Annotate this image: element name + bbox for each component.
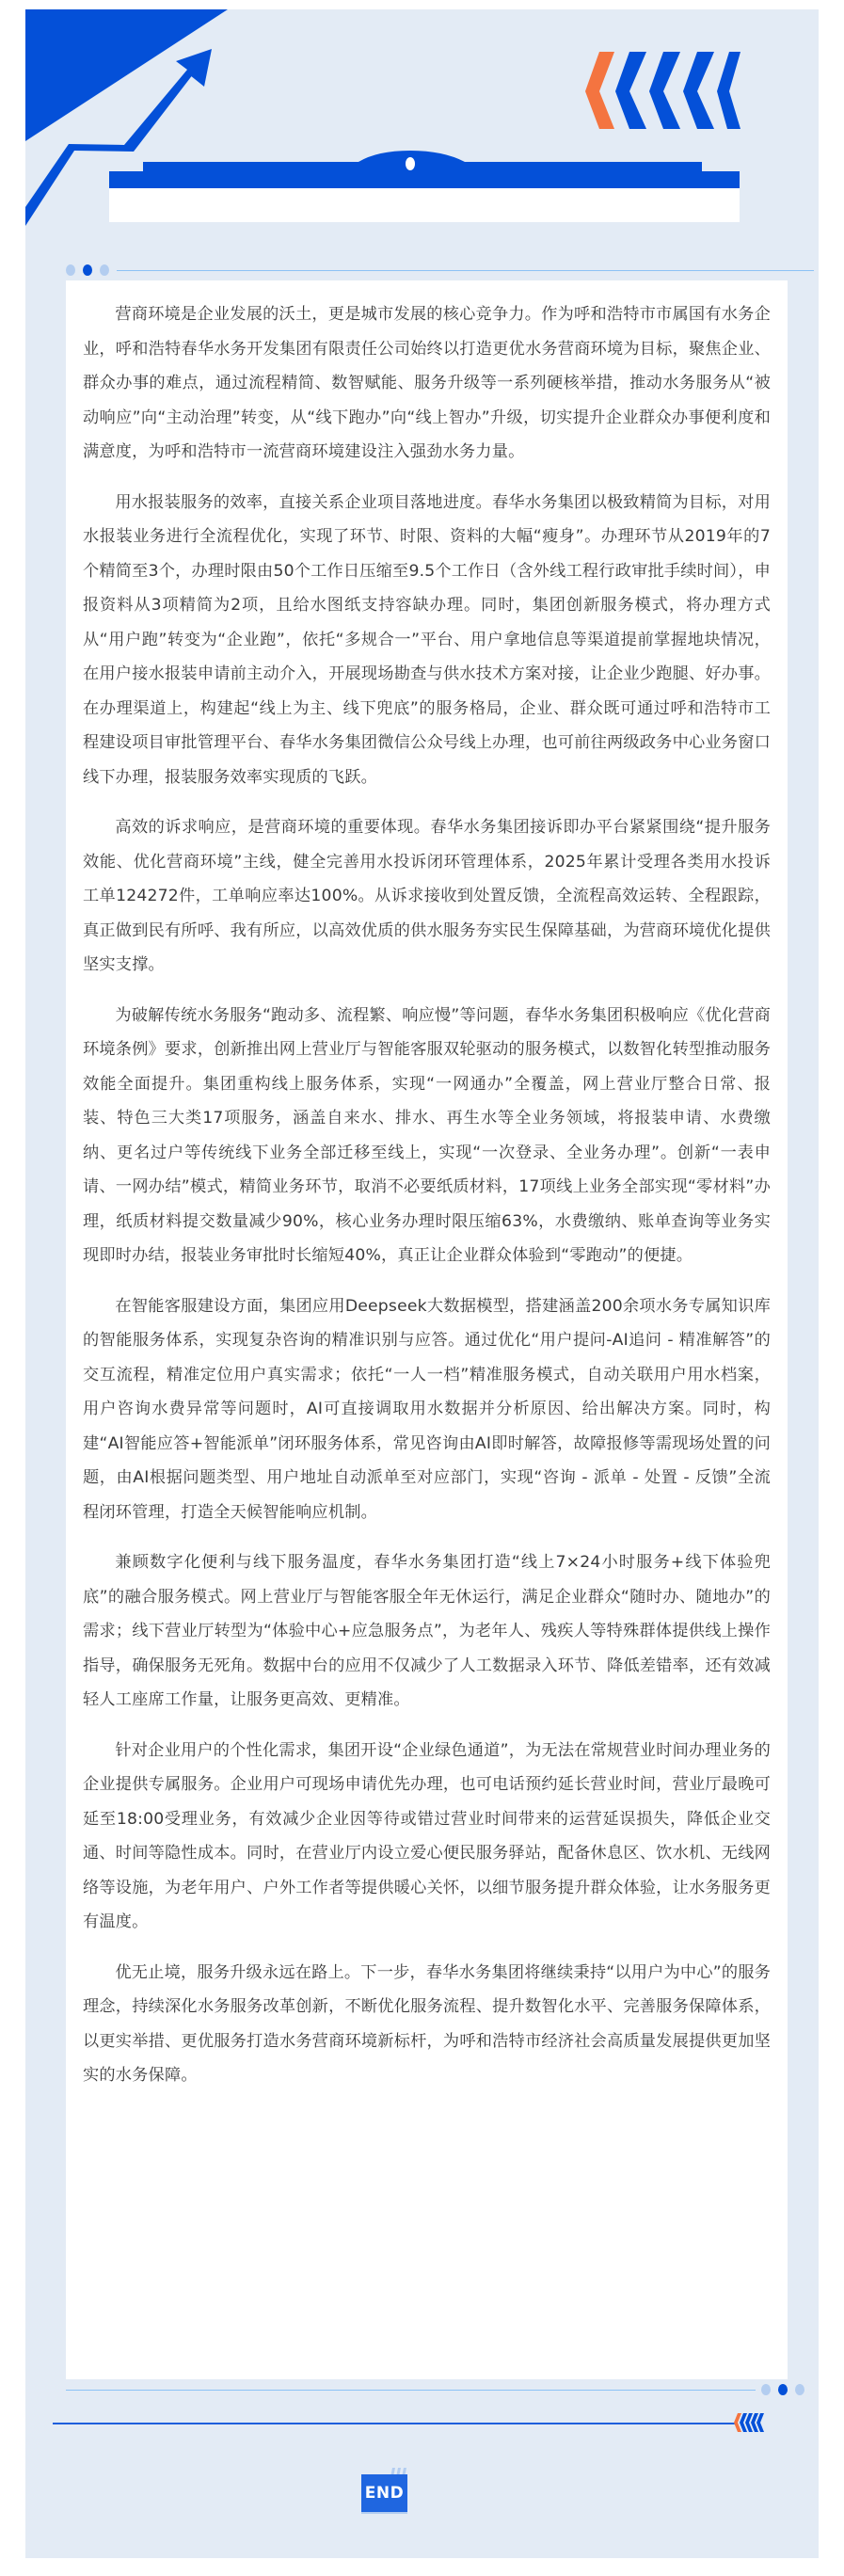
end-badge: END xyxy=(361,2474,407,2512)
top-divider xyxy=(66,264,814,276)
dot-active-icon xyxy=(778,2384,788,2395)
paragraph: 为破解传统水务服务“跑动多、流程繁、响应慢”等问题，春华水务集团积极响应《优化营… xyxy=(83,999,771,1273)
article-card: 营商环境是企业发展的沃土，更是城市发展的核心竞争力。作为呼和浩特市市属国有水务企… xyxy=(66,280,788,2379)
divider-line xyxy=(117,270,814,271)
dot-active-icon xyxy=(83,264,92,276)
paragraph: 用水报装服务的效率，直接关系企业项目落地进度。春华水务集团以极致精简为目标，对用… xyxy=(83,486,771,795)
article-panel: 营商环境是企业发展的沃土，更是城市发展的核心竞争力。作为呼和浩特市市属国有水务企… xyxy=(25,9,819,2558)
banner-white-strip xyxy=(109,188,740,222)
dot-icon xyxy=(761,2384,771,2395)
paragraph: 在智能客服建设方面，集团应用Deepseek大数据模型，搭建涵盖200余项水务专… xyxy=(83,1289,771,1530)
footer-rule xyxy=(53,2423,735,2424)
paragraph: 兼顾数字化便利与线下服务温度，春华水务集团打造“线上7×24小时服务+线下体验兜… xyxy=(83,1545,771,1718)
dot-icon xyxy=(795,2384,804,2395)
bottom-divider xyxy=(66,2384,804,2395)
divider-line xyxy=(66,2390,756,2391)
dot-icon xyxy=(100,264,109,276)
paragraph: 营商环境是企业发展的沃土，更是城市发展的核心竞争力。作为呼和浩特市市属国有水务企… xyxy=(83,297,771,470)
paragraph: 针对企业用户的个性化需求，集团开设“企业绿色通道”，为无法在常规营业时间办理业务… xyxy=(83,1734,771,1940)
paragraph: 高效的诉求响应，是营商环境的重要体现。春华水务集团接诉即办平台紧紧围绕“提升服务… xyxy=(83,810,771,983)
paragraph: 优无止境，服务升级永远在路上。下一步，春华水务集团将继续秉持“以用户为中心”的服… xyxy=(83,1956,771,2093)
dot-icon xyxy=(66,264,75,276)
banner-title-bar xyxy=(109,151,740,193)
chevrons-left-icon xyxy=(734,2413,764,2432)
chevrons-left-icon xyxy=(581,52,740,132)
